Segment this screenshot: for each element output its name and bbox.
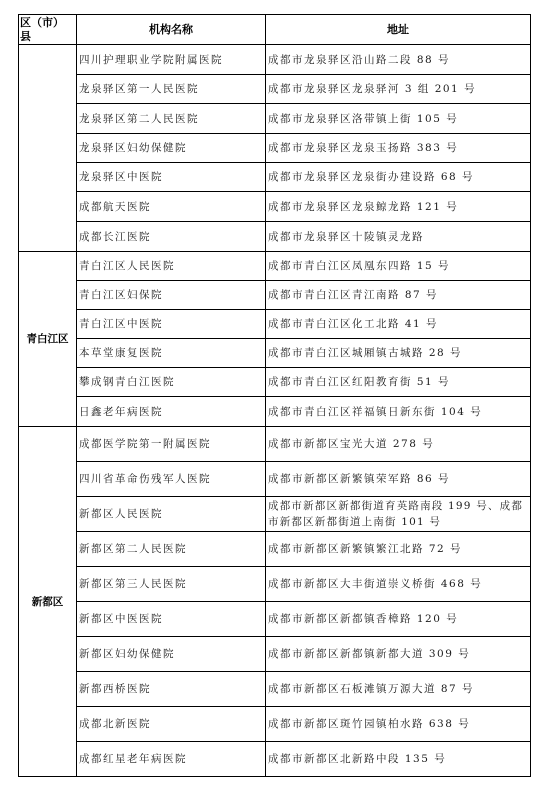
table-row: 新都西桥医院 成都市新都区石板滩镇万源大道 87 号 [19, 672, 531, 707]
institution-name: 新都区中医医院 [77, 602, 266, 637]
institution-address: 成都市青白江区凤凰东四路 15 号 [266, 252, 531, 281]
table-row: 本草堂康复医院 成都市青白江区城厢镇古城路 28 号 [19, 339, 531, 368]
institution-address: 成都市新都区新繁镇荣军路 86 号 [266, 462, 531, 497]
institution-address: 成都市新都区新都街道育英路南段 199 号、成都市新都区新都街道上南街 101 … [266, 497, 531, 532]
institution-address: 成都市青白江区红阳教育街 51 号 [266, 368, 531, 397]
institution-name: 青白江区人民医院 [77, 252, 266, 281]
district-cell: 新都区 [19, 427, 77, 777]
institution-address: 成都市龙泉驿区龙泉鲸龙路 121 号 [266, 192, 531, 222]
institution-address: 成都市青白江区祥福镇日新东街 104 号 [266, 397, 531, 427]
institution-name: 新都西桥医院 [77, 672, 266, 707]
institution-name: 四川护理职业学院附属医院 [77, 45, 266, 75]
table-row: 四川省革命伤残军人医院 成都市新都区新繁镇荣军路 86 号 [19, 462, 531, 497]
district-cell [19, 45, 77, 252]
institution-name: 龙泉驿区第一人民医院 [77, 75, 266, 104]
hospital-table: 区（市）县 机构名称 地址 四川护理职业学院附属医院 成都市龙泉驿区沿山路二段 … [18, 14, 531, 777]
institution-address: 成都市青白江区城厢镇古城路 28 号 [266, 339, 531, 368]
institution-address: 成都市新都区大丰街道崇义桥街 468 号 [266, 567, 531, 602]
table-row: 新都区中医医院 成都市新都区新都镇香樟路 120 号 [19, 602, 531, 637]
institution-address: 成都市龙泉驿区龙泉玉扬路 383 号 [266, 134, 531, 163]
institution-address: 成都市新都区北新路中段 135 号 [266, 742, 531, 777]
header-address: 地址 [266, 15, 531, 45]
institution-address: 成都市新都区新都镇新都大道 309 号 [266, 637, 531, 672]
table-row: 龙泉驿区中医院 成都市龙泉驿区龙泉街办建设路 68 号 [19, 163, 531, 192]
institution-address: 成都市新都区宝光大道 278 号 [266, 427, 531, 462]
institution-address: 成都市龙泉驿区沿山路二段 88 号 [266, 45, 531, 75]
table-row: 龙泉驿区妇幼保健院 成都市龙泉驿区龙泉玉扬路 383 号 [19, 134, 531, 163]
header-district: 区（市）县 [19, 15, 77, 45]
institution-address: 成都市新都区石板滩镇万源大道 87 号 [266, 672, 531, 707]
table-row: 攀成钢青白江医院 成都市青白江区红阳教育街 51 号 [19, 368, 531, 397]
institution-name: 本草堂康复医院 [77, 339, 266, 368]
table-row: 青白江区中医院 成都市青白江区化工北路 41 号 [19, 310, 531, 339]
table-row: 成都北新医院 成都市新都区斑竹园镇柏水路 638 号 [19, 707, 531, 742]
district-cell: 青白江区 [19, 252, 77, 427]
institution-name: 龙泉驿区妇幼保健院 [77, 134, 266, 163]
institution-name: 四川省革命伤残军人医院 [77, 462, 266, 497]
institution-address: 成都市青白江区化工北路 41 号 [266, 310, 531, 339]
institution-address: 成都市龙泉驿区十陵镇灵龙路 [266, 222, 531, 252]
table-row: 成都航天医院 成都市龙泉驿区龙泉鲸龙路 121 号 [19, 192, 531, 222]
institution-address: 成都市新都区斑竹园镇柏水路 638 号 [266, 707, 531, 742]
institution-address: 成都市新都区新都镇香樟路 120 号 [266, 602, 531, 637]
table-row: 新都区妇幼保健院 成都市新都区新都镇新都大道 309 号 [19, 637, 531, 672]
institution-name: 新都区第二人民医院 [77, 532, 266, 567]
institution-name: 成都长江医院 [77, 222, 266, 252]
table-row: 新都区人民医院 成都市新都区新都街道育英路南段 199 号、成都市新都区新都街道… [19, 497, 531, 532]
institution-name: 青白江区妇保院 [77, 281, 266, 310]
table-row: 日鑫老年病医院 成都市青白江区祥福镇日新东街 104 号 [19, 397, 531, 427]
table-row: 龙泉驿区第一人民医院 成都市龙泉驿区龙泉驿河 3 组 201 号 [19, 75, 531, 104]
institution-address: 成都市龙泉驿区洛带镇上街 105 号 [266, 104, 531, 134]
table-row: 新都区第二人民医院 成都市新都区新繁镇繁江北路 72 号 [19, 532, 531, 567]
table-row: 青白江区 青白江区人民医院 成都市青白江区凤凰东四路 15 号 [19, 252, 531, 281]
table-row: 新都区第三人民医院 成都市新都区大丰街道崇义桥街 468 号 [19, 567, 531, 602]
institution-name: 攀成钢青白江医院 [77, 368, 266, 397]
institution-name: 成都航天医院 [77, 192, 266, 222]
table-row: 成都长江医院 成都市龙泉驿区十陵镇灵龙路 [19, 222, 531, 252]
institution-name: 新都区人民医院 [77, 497, 266, 532]
table-row: 成都红星老年病医院 成都市新都区北新路中段 135 号 [19, 742, 531, 777]
institution-name: 成都红星老年病医院 [77, 742, 266, 777]
table-row: 青白江区妇保院 成都市青白江区青江南路 87 号 [19, 281, 531, 310]
institution-address: 成都市青白江区青江南路 87 号 [266, 281, 531, 310]
institution-name: 青白江区中医院 [77, 310, 266, 339]
table-row: 新都区 成都医学院第一附属医院 成都市新都区宝光大道 278 号 [19, 427, 531, 462]
institution-name: 新都区第三人民医院 [77, 567, 266, 602]
institution-name: 龙泉驿区第二人民医院 [77, 104, 266, 134]
institution-address: 成都市新都区新繁镇繁江北路 72 号 [266, 532, 531, 567]
institution-name: 日鑫老年病医院 [77, 397, 266, 427]
institution-name: 成都医学院第一附属医院 [77, 427, 266, 462]
institution-name: 成都北新医院 [77, 707, 266, 742]
table-header-row: 区（市）县 机构名称 地址 [19, 15, 531, 45]
institution-address: 成都市龙泉驿区龙泉驿河 3 组 201 号 [266, 75, 531, 104]
institution-name: 新都区妇幼保健院 [77, 637, 266, 672]
institution-name: 龙泉驿区中医院 [77, 163, 266, 192]
institution-address: 成都市龙泉驿区龙泉街办建设路 68 号 [266, 163, 531, 192]
table-row: 四川护理职业学院附属医院 成都市龙泉驿区沿山路二段 88 号 [19, 45, 531, 75]
table-row: 龙泉驿区第二人民医院 成都市龙泉驿区洛带镇上街 105 号 [19, 104, 531, 134]
header-institution-name: 机构名称 [77, 15, 266, 45]
